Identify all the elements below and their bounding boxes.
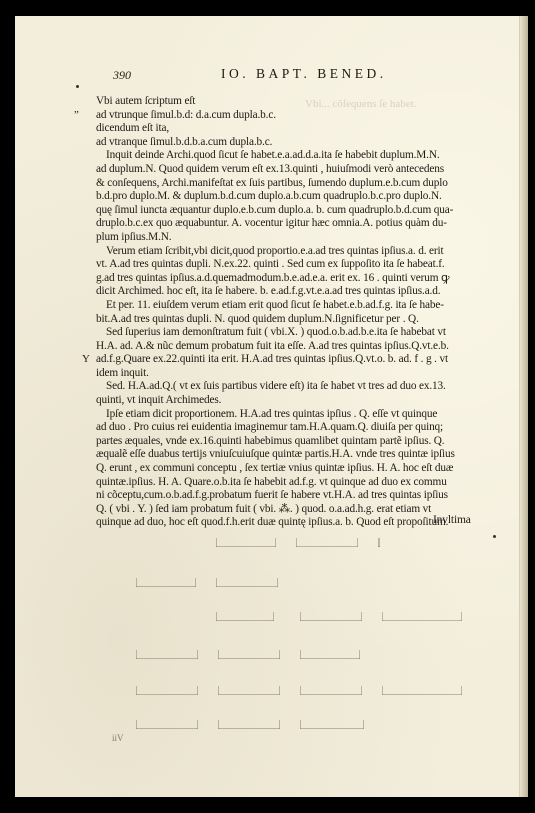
text-line: Verum etiam ſcribit,vbi dicit,quod propo…	[96, 245, 496, 259]
show-through-signature: iiV	[112, 733, 124, 743]
line-segment-figure	[300, 648, 360, 659]
diagram-row	[60, 576, 500, 590]
text-line: Ipſe etiam dicit proportionem. H.A.ad tr…	[96, 408, 496, 422]
line-segment-figure	[218, 684, 280, 695]
line-segment-figure	[378, 536, 380, 547]
line-segment-figure	[216, 610, 274, 621]
text-line: ad vtranque ſimul.b.d.b.a.cum dupla.b.c.	[96, 136, 496, 150]
line-segment-figure	[136, 648, 198, 659]
text-line: Y ad.f.g.Quare ex.22.quinti ita erit. H.…	[96, 353, 496, 367]
line-segment-figure	[296, 536, 358, 547]
text-line: partes æquales, vnde ex.16.quinti habebi…	[96, 435, 496, 449]
line-segment-figure	[300, 718, 364, 729]
text-line: g.ad tres quintas ipſius.a.d.quemadmodum…	[96, 272, 496, 286]
page-gutter	[519, 16, 528, 797]
line-segment-figure	[216, 536, 276, 547]
text-line: plum ipſius.M.N.	[96, 231, 496, 245]
text-line: bit.A.ad tres quintas dupli. N. quod qui…	[96, 313, 496, 327]
text-line: druplo.b.c.ex quo æquabuntur. A. vocentu…	[96, 217, 496, 231]
text-line: ad duo . Pro cuius rei euidentia imagine…	[96, 421, 496, 435]
text-line: Inquit deinde Archi.quod ſicut ſe habet.…	[96, 149, 496, 163]
text-line: ni cõceptu,cum.o.b.ad.f.g.probatum fueri…	[96, 489, 496, 503]
text-line: & conſequens, Archi.manifeſtat ex ſuis p…	[96, 177, 496, 191]
text-line: quintæ.ipſius. H. A. Quare.o.b.ita ſe ha…	[96, 476, 496, 490]
line-segment-figure	[218, 648, 280, 659]
line-segment-figure	[300, 684, 362, 695]
text-line: quinti, vt inquit Archimedes.	[96, 394, 496, 408]
text-line: dicendum eſt ita,	[96, 122, 496, 136]
diagram-row	[60, 536, 500, 550]
text-line: Sed. H.A.ad.Q.( vt ex ſuis partibus vide…	[96, 380, 496, 394]
line-segment-figure	[218, 718, 280, 729]
diagram-row	[60, 610, 500, 624]
text-line: æqualẽ eſſe duabus tertijs vniuſcuiuſque…	[96, 448, 496, 462]
y-margin-mark: Y	[82, 353, 90, 367]
line-segment-figure	[382, 684, 462, 695]
text-line: dicit Archimed. hoc eſt, ita ſe habere. …	[96, 285, 496, 299]
line-segment-figure	[136, 684, 198, 695]
quote-margin-mark: ”	[74, 109, 79, 123]
running-header: 390 IO. BAPT. BENED.	[15, 66, 528, 86]
text-line: quę ſimul iuncta æquantur duplo.e.b.cum …	[96, 204, 496, 218]
line-segment-figure	[382, 610, 462, 621]
diagram-row	[60, 718, 500, 732]
text-line: ad duplum.N. Quod quidem verum eſt ex.13…	[96, 163, 496, 177]
text-line: H.A. ad. A.& nũc demum probatum fuit ita…	[96, 340, 496, 354]
line-segment-figure	[216, 576, 278, 587]
show-through-diagrams	[60, 530, 500, 730]
text-line: Sed ſuperius iam demonſtratum fuit ( vbi…	[96, 326, 496, 340]
text-line: Q. erunt , ex communi conceptu , ſex ter…	[96, 462, 496, 476]
text-line: Et per. 11. eiuſdem verum etiam erit quo…	[96, 299, 496, 313]
line-segment-figure	[300, 610, 362, 621]
text-line: b.d.pro duplo.M. & duplum.b.d.cum duplo.…	[96, 190, 496, 204]
line-segment-figure	[136, 576, 196, 587]
diagram-row	[60, 684, 500, 698]
text-line: ” ad vtrunque ſimul.b.d: d.a.cum dupla.b…	[96, 109, 496, 123]
catchword: Invltima	[433, 514, 471, 528]
text-line: vt. A.ad tres quintas dupli. N.ex.22. qu…	[96, 258, 496, 272]
line-segment-figure	[136, 718, 198, 729]
body-text: Vbi autem ſcriptum eſt ” ad vtrunque ſim…	[96, 95, 496, 530]
text-line: idem inquit.	[96, 367, 496, 381]
running-title: IO. BAPT. BENED.	[221, 66, 387, 82]
diagram-row	[60, 648, 500, 662]
text-line: Vbi autem ſcriptum eſt	[96, 95, 496, 109]
page-number: 390	[113, 68, 131, 83]
